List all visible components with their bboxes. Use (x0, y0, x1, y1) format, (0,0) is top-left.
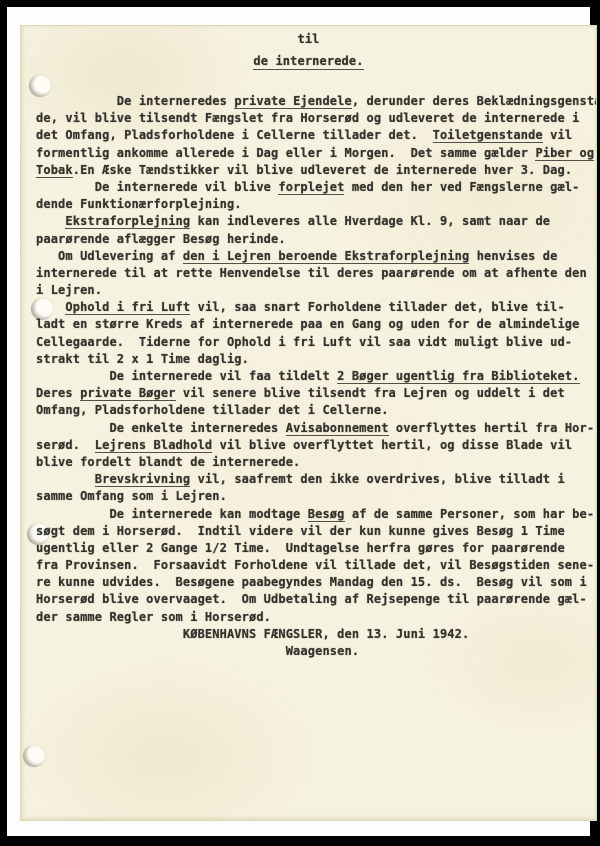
text-segment: det Omfang, Pladsforholdene i Cellerne t… (36, 128, 433, 142)
text-line: De internerede kan modtage Besøg af de s… (36, 506, 596, 523)
text-line: søgt dem i Horserød. Indtil videre vil d… (36, 523, 596, 540)
text-line: Horserød blive overvaaget. Om Udbetaling… (36, 591, 596, 608)
text-segment: re kunne udvides. Besøgene paabegyndes M… (36, 575, 587, 589)
underlined-text: Lejrens Bladhold (95, 438, 213, 453)
text-line: Waagensen. (36, 643, 596, 660)
text-segment: De internerede kan modtage (36, 507, 308, 521)
text-line: Ekstraforplejning kan indleveres alle Hv… (36, 213, 596, 230)
page-subtitle: de internerede. (21, 54, 596, 68)
text-segment: , derunder deres Beklædningsgenstan- (352, 94, 597, 108)
page-title: til (21, 32, 596, 46)
underlined-text: Tobak (36, 163, 73, 178)
text-line: Cellegaarde. Tiderne for Ophold i fri Lu… (36, 334, 596, 351)
text-segment: vil, saafremt den ikke overdrives, blive… (190, 472, 565, 486)
text-segment: serød. (36, 438, 95, 452)
text-segment: formentlig ankomme allerede i Dag eller … (36, 146, 535, 160)
paper-sheet: til de internerede. De interneredes priv… (20, 25, 597, 821)
text-line: strakt til 2 x 1 Time daglig. (36, 351, 596, 368)
text-segment: Cellegaarde. Tiderne for Ophold i fri Lu… (36, 335, 572, 349)
text-segment: vil, saa snart Forholdene tillader det, … (190, 300, 565, 314)
text-segment: vil (543, 128, 572, 142)
text-segment: KØBENHAVNS FÆNGSLER, den 13. Juni 1942. (36, 627, 469, 641)
text-segment (36, 300, 65, 314)
text-segment: med den her ved Fængslerne gæl- (344, 180, 579, 194)
text-line: Tobak.En Æske Tændstikker vil blive udle… (36, 162, 596, 179)
underlined-text: private Ejendele (234, 94, 352, 109)
text-segment: der samme Regler som i Horserød. (36, 610, 271, 624)
text-segment: paarørende aflægger Besøg herinde. (36, 232, 286, 246)
underlined-text: Besøg (308, 507, 345, 522)
text-line: ugentlig eller 2 Gange 1/2 Time. Undtage… (36, 540, 596, 557)
underlined-text: den i Lejren beroende Ekstraforplejning (183, 249, 469, 264)
text-line: Ophold i fri Luft vil, saa snart Forhold… (36, 299, 596, 316)
text-line: De interneredes private Ejendele, derund… (36, 93, 596, 110)
underlined-text: Brevskrivning (95, 472, 190, 487)
text-segment: henvises de (469, 249, 557, 263)
text-line: formentlig ankomme allerede i Dag eller … (36, 145, 596, 162)
text-line: fra Provinsen. Forsaavidt Forholdene vil… (36, 557, 596, 574)
text-line: det Omfang, Pladsforholdene i Cellerne t… (36, 127, 596, 144)
text-segment: Omfang, Pladsforholdene tillader det i C… (36, 403, 389, 417)
text-line: blive fordelt blandt de internerede. (36, 454, 596, 471)
text-segment: Waagensen. (36, 644, 359, 658)
text-segment (36, 472, 95, 486)
text-line: der samme Regler som i Horserød. (36, 609, 596, 626)
text-line: paarørende aflægger Besøg herinde. (36, 231, 596, 248)
text-segment: Om Udlevering af (36, 249, 183, 263)
text-segment: søgt dem i Horserød. Indtil videre vil d… (36, 524, 565, 538)
text-line: De internerede vil faa tildelt 2 Bøger u… (36, 368, 596, 385)
underlined-text: Ophold i fri Luft (65, 300, 190, 315)
text-line: internerede til at rette Henvendelse til… (36, 265, 596, 282)
text-line: de, vil blive tilsendt Fængslet fra Hors… (36, 110, 596, 127)
text-segment: kan indleveres alle Hverdage Kl. 9, samt… (190, 214, 550, 228)
text-segment: dende Funktionærforplejning. (36, 197, 242, 211)
scanned-page: til de internerede. De interneredes priv… (0, 0, 600, 846)
text-line: De internerede vil blive forplejet med d… (36, 179, 596, 196)
text-segment: fra Provinsen. Forsaavidt Forholdene vil… (36, 558, 594, 572)
text-segment: De internerede vil faa tildelt (36, 369, 337, 383)
text-segment: af de samme Personer, som har be- (345, 507, 595, 521)
text-segment: de, vil blive tilsendt Fængslet fra Hors… (36, 111, 580, 125)
text-segment: ugentlig eller 2 Gange 1/2 Time. Undtage… (36, 541, 565, 555)
text-line: i Lejren. (36, 282, 596, 299)
text-line: Deres private Bøger vil senere blive til… (36, 385, 596, 402)
text-segment: De interneredes (36, 94, 234, 108)
text-line: Omfang, Pladsforholdene tillader det i C… (36, 402, 596, 419)
text-segment (36, 214, 65, 228)
text-segment: internerede til at rette Henvendelse til… (36, 266, 587, 280)
underlined-text: forplejet (278, 180, 344, 195)
text-segment: Horserød blive overvaaget. Om Udbetaling… (36, 592, 587, 606)
text-line: re kunne udvides. Besøgene paabegyndes M… (36, 574, 596, 591)
text-line: ladt en større Kreds af internerede paa … (36, 316, 596, 333)
text-segment: Deres (36, 386, 80, 400)
text-segment: vil senere blive tilsendt fra Lejren og … (176, 386, 565, 400)
underlined-text: Avisabonnement (286, 421, 389, 436)
text-line: De enkelte interneredes Avisabonnement o… (36, 420, 596, 437)
text-segment: De internerede vil blive (36, 180, 278, 194)
underlined-text: private Bøger (80, 386, 175, 401)
text-segment: samme Omfang som i Lejren. (36, 489, 227, 503)
text-line: serød. Lejrens Bladhold vil blive overfl… (36, 437, 596, 454)
text-line: Om Udlevering af den i Lejren beroende E… (36, 248, 596, 265)
underlined-text: Toiletgenstande (433, 128, 543, 143)
underlined-text: Piber og (535, 146, 594, 161)
text-segment: ladt en større Kreds af internerede paa … (36, 317, 580, 331)
punch-hole (23, 745, 45, 767)
text-segment: .En Æske Tændstikker vil blive udleveret… (73, 163, 572, 177)
text-segment: i Lejren. (36, 283, 102, 297)
text-line: KØBENHAVNS FÆNGSLER, den 13. Juni 1942. (36, 626, 596, 643)
text-segment: blive fordelt blandt de internerede. (36, 455, 300, 469)
text-line: samme Omfang som i Lejren. (36, 488, 596, 505)
underlined-text: Ekstraforplejning (65, 214, 190, 229)
underlined-text: 2 Bøger ugentlig fra Biblioteket. (337, 369, 579, 384)
text-segment: vil blive overflyttet hertil, og disse B… (212, 438, 572, 452)
text-segment: strakt til 2 x 1 Time daglig. (36, 352, 249, 366)
document-body: De interneredes private Ejendele, derund… (36, 93, 596, 660)
text-segment: De enkelte interneredes (36, 421, 286, 435)
text-line: Brevskrivning vil, saafremt den ikke ove… (36, 471, 596, 488)
page-subtitle-text: de internerede. (253, 54, 363, 70)
text-segment: overflyttes hertil fra Hor- (389, 421, 595, 435)
text-line: dende Funktionærforplejning. (36, 196, 596, 213)
scanner-background: til de internerede. De interneredes priv… (7, 7, 590, 836)
